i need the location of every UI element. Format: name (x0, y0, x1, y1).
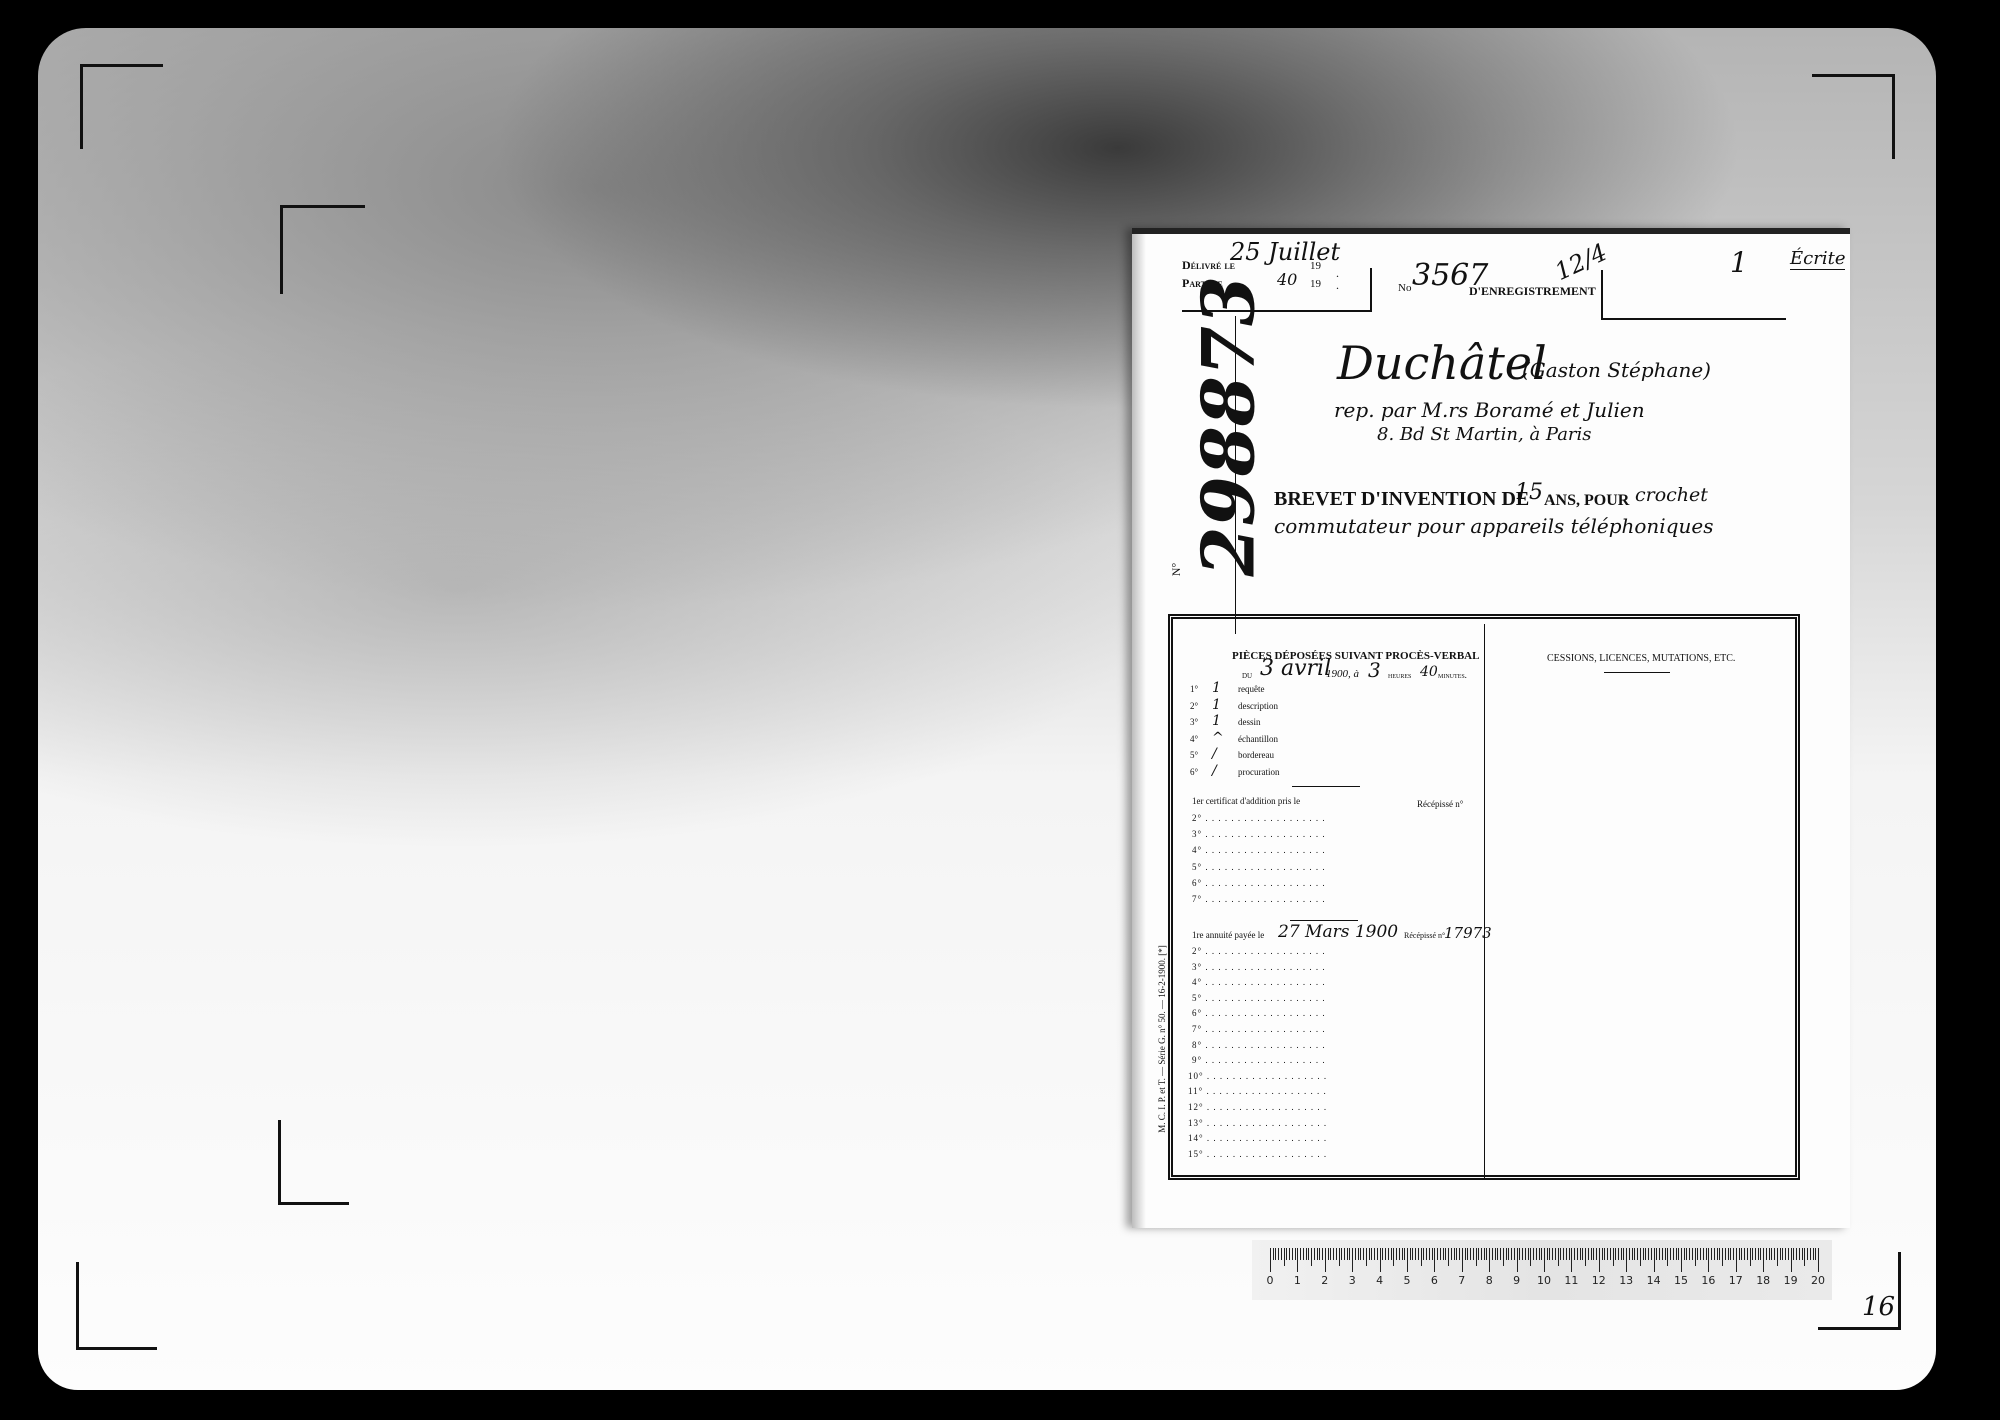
ruler-tick (1719, 1248, 1720, 1260)
ruler-tick (1339, 1248, 1340, 1266)
ruler-tick (1336, 1248, 1337, 1260)
ruler-tick (1692, 1248, 1693, 1260)
ruler-tick (1275, 1248, 1276, 1260)
ruler-tick (1807, 1248, 1808, 1260)
ruler-tick (1577, 1248, 1578, 1260)
ruler-tick (1308, 1248, 1309, 1260)
ruler-tick (1774, 1248, 1775, 1260)
ruler-tick (1418, 1248, 1419, 1260)
ruler-tick (1528, 1248, 1529, 1260)
pieces-item-number: 1° (1190, 684, 1198, 694)
ruler-tick (1358, 1248, 1359, 1260)
ruler-tick (1281, 1248, 1282, 1260)
ruler-tick (1325, 1248, 1326, 1272)
ruler-tick (1514, 1248, 1515, 1260)
ruler-tick (1640, 1248, 1641, 1266)
ruler-tick (1522, 1248, 1523, 1260)
brevet-number: 298873 (1186, 337, 1271, 577)
ruler-label: 3 (1344, 1274, 1360, 1287)
ruler-tick (1319, 1248, 1320, 1260)
ruler-tick (1563, 1248, 1564, 1260)
ruler-tick (1369, 1248, 1370, 1260)
ruler-tick (1360, 1248, 1361, 1260)
ruler-tick (1533, 1248, 1534, 1260)
ruler-tick (1758, 1248, 1759, 1260)
ruler-tick (1667, 1248, 1668, 1266)
ruler-tick (1270, 1248, 1271, 1272)
ruler-tick (1645, 1248, 1646, 1260)
ruler-tick (1432, 1248, 1433, 1260)
certificat-row: 6° . . . . . . . . . . . . . . . . . . . (1192, 878, 1326, 888)
ruler-tick (1665, 1248, 1666, 1260)
pieces-item-label: échantillon (1238, 734, 1278, 744)
ruler-tick (1580, 1248, 1581, 1260)
ruler-tick (1785, 1248, 1786, 1260)
ruler-tick (1437, 1248, 1438, 1260)
ruler-tick (1555, 1248, 1556, 1260)
annuite-row: 15° . . . . . . . . . . . . . . . . . . … (1188, 1149, 1327, 1159)
ruler-label: 14 (1646, 1274, 1662, 1287)
ruler-tick (1399, 1248, 1400, 1260)
ruler-tick (1643, 1248, 1644, 1260)
annuite-row: 4° . . . . . . . . . . . . . . . . . . . (1192, 977, 1326, 987)
ruler-tick (1648, 1248, 1649, 1260)
ruler-tick (1317, 1248, 1318, 1260)
annuite-row: 6° . . . . . . . . . . . . . . . . . . . (1192, 1008, 1326, 1018)
ruler-tick (1747, 1248, 1748, 1260)
ruler-tick (1478, 1248, 1479, 1260)
ruler-tick (1344, 1248, 1345, 1260)
ruler-tick (1760, 1248, 1761, 1260)
ruler-tick (1451, 1248, 1452, 1260)
ruler-tick (1404, 1248, 1405, 1260)
ruler-tick (1456, 1248, 1457, 1260)
annuite-row: 10° . . . . . . . . . . . . . . . . . . … (1188, 1071, 1327, 1081)
ruler-tick (1517, 1248, 1518, 1272)
ruler-tick (1445, 1248, 1446, 1260)
ruler-tick (1571, 1248, 1572, 1272)
frame-page-number: 16 (1862, 1292, 1895, 1322)
ruler-tick (1741, 1248, 1742, 1260)
title-prefix: BREVET D'INVENTION DE (1274, 488, 1529, 511)
ruler-tick (1489, 1248, 1490, 1272)
ruler-tick (1670, 1248, 1671, 1260)
ruler-tick (1618, 1248, 1619, 1260)
ruler-tick (1755, 1248, 1756, 1260)
ruler-tick (1681, 1248, 1682, 1272)
ruler-tick (1495, 1248, 1496, 1260)
ruler-tick (1467, 1248, 1468, 1260)
ruler-label: 20 (1810, 1274, 1826, 1287)
ruler-tick (1347, 1248, 1348, 1260)
ruler-tick (1454, 1248, 1455, 1260)
ruler-tick (1303, 1248, 1304, 1260)
patent-record-card: Délivré le 25 Juillet 19 Parti le 40 19 … (1132, 228, 1850, 1228)
pieces-du-label: du (1242, 670, 1252, 681)
applicant-address: 8. Bd St Martin, à Paris (1377, 424, 1592, 445)
ruler-tick (1363, 1248, 1364, 1260)
ruler-tick (1391, 1248, 1392, 1260)
ruler-tick (1654, 1248, 1655, 1272)
title-object-line2: commutateur pour appareils téléphoniques (1274, 514, 1713, 538)
ruler-tick (1818, 1248, 1819, 1272)
ruler-tick (1604, 1248, 1605, 1260)
ruler-tick (1722, 1248, 1723, 1266)
ruler-tick (1780, 1248, 1781, 1260)
crop-mark-top-left-outer (80, 64, 163, 149)
crop-mark-bottom-left-outer (76, 1262, 157, 1350)
ruler-tick (1552, 1248, 1553, 1260)
title-object-line1: crochet (1635, 484, 1708, 506)
ruler-tick (1610, 1248, 1611, 1260)
ruler-tick (1813, 1248, 1814, 1260)
ruler-tick (1536, 1248, 1537, 1260)
ruler-tick (1547, 1248, 1548, 1260)
ruler-tick (1771, 1248, 1772, 1260)
ruler-tick (1788, 1248, 1789, 1260)
ruler-tick (1295, 1248, 1296, 1260)
pieces-item-label: bordereau (1238, 750, 1274, 760)
ruler-tick (1730, 1248, 1731, 1260)
ruler-tick (1659, 1248, 1660, 1260)
pieces-item-count: 1 (1212, 713, 1221, 729)
ruler-tick (1541, 1248, 1542, 1260)
enregistrement-prefix: No (1398, 282, 1411, 294)
ruler-tick (1476, 1248, 1477, 1266)
ruler-label: 0 (1262, 1274, 1278, 1287)
pieces-item-number: 3° (1190, 717, 1198, 727)
pieces-item-number: 5° (1190, 750, 1198, 760)
ruler-tick (1497, 1248, 1498, 1260)
ruler-tick (1626, 1248, 1627, 1272)
ruler-tick (1412, 1248, 1413, 1260)
annuite-row: 2° . . . . . . . . . . . . . . . . . . . (1192, 946, 1326, 956)
ruler-tick (1689, 1248, 1690, 1260)
ruler-tick (1349, 1248, 1350, 1260)
annuite-row: 14° . . . . . . . . . . . . . . . . . . … (1188, 1133, 1327, 1143)
annuite-row: 8° . . . . . . . . . . . . . . . . . . . (1192, 1040, 1326, 1050)
ruler-tick (1566, 1248, 1567, 1260)
applicant-representative: rep. par M.rs Boramé et Julien (1334, 398, 1645, 422)
annuite-row: 9° . . . . . . . . . . . . . . . . . . . (1192, 1055, 1326, 1065)
ruler-label: 19 (1783, 1274, 1799, 1287)
annuite-row: 7° . . . . . . . . . . . . . . . . . . . (1192, 1024, 1326, 1034)
ruler-label: 18 (1755, 1274, 1771, 1287)
annuite-row: 3° . . . . . . . . . . . . . . . . . . . (1192, 962, 1326, 972)
pieces-item-number: 2° (1190, 701, 1198, 711)
ruler-tick (1311, 1248, 1312, 1266)
enregistrement-label: D'ENREGISTREMENT (1469, 284, 1596, 299)
annuite-row: 13° . . . . . . . . . . . . . . . . . . … (1188, 1118, 1327, 1128)
annuite-row: 11° . . . . . . . . . . . . . . . . . . … (1188, 1086, 1327, 1096)
ruler-tick (1388, 1248, 1389, 1260)
title-ans-label: ANS, POUR (1544, 492, 1629, 510)
ruler-label: 9 (1509, 1274, 1525, 1287)
ruler-tick (1593, 1248, 1594, 1260)
pieces-item-count: / (1212, 746, 1217, 762)
applicant-given-names: (Gaston Stéphane) (1522, 358, 1711, 382)
ruler-tick (1695, 1248, 1696, 1266)
ruler-tick (1503, 1248, 1504, 1266)
ruler-tick (1791, 1248, 1792, 1272)
pieces-item-count: ^ (1212, 730, 1224, 746)
ruler-tick (1711, 1248, 1712, 1260)
ruler-tick (1769, 1248, 1770, 1260)
ruler-tick (1684, 1248, 1685, 1260)
ruler-tick (1766, 1248, 1767, 1260)
parti-value: 40 (1277, 270, 1297, 289)
ruler-tick (1366, 1248, 1367, 1266)
ruler-tick (1443, 1248, 1444, 1260)
ruler-tick (1744, 1248, 1745, 1260)
ruler-tick (1434, 1248, 1435, 1272)
ruler-label: 8 (1481, 1274, 1497, 1287)
pieces-item-label: requête (1238, 684, 1264, 694)
ruler-tick (1714, 1248, 1715, 1260)
applicant-name: Duchâtel (1337, 336, 1547, 390)
ruler-tick (1607, 1248, 1608, 1260)
ruler-tick (1486, 1248, 1487, 1260)
ruler-tick (1569, 1248, 1570, 1260)
corner-number: 1 (1730, 246, 1748, 279)
ruler-label: 1 (1289, 1274, 1305, 1287)
ruler-tick (1725, 1248, 1726, 1260)
ruler-tick (1473, 1248, 1474, 1260)
ruler-tick (1623, 1248, 1624, 1260)
pieces-date: 3 avril (1260, 656, 1331, 681)
brevet-number-prefix: N° (1169, 563, 1184, 576)
ruler-label: 6 (1426, 1274, 1442, 1287)
ruler-tick (1802, 1248, 1803, 1260)
certificat-row: 2° . . . . . . . . . . . . . . . . . . . (1192, 813, 1326, 823)
ruler-tick (1314, 1248, 1315, 1260)
delivre-label: Délivré le (1182, 258, 1235, 273)
ruler-tick (1426, 1248, 1427, 1260)
pieces-item-number: 4° (1190, 734, 1198, 744)
ruler-tick (1574, 1248, 1575, 1260)
ruler-tick (1355, 1248, 1356, 1260)
ruler-tick (1662, 1248, 1663, 1260)
ruler-tick (1815, 1248, 1816, 1260)
ruler-tick (1686, 1248, 1687, 1260)
ruler-tick (1599, 1248, 1600, 1272)
ruler-tick (1676, 1248, 1677, 1260)
ruler-label: 15 (1673, 1274, 1689, 1287)
ruler-tick (1796, 1248, 1797, 1260)
ruler-tick (1799, 1248, 1800, 1260)
ruler-tick (1804, 1248, 1805, 1266)
ruler-tick (1585, 1248, 1586, 1266)
pieces-item-label: description (1238, 701, 1278, 711)
ruler-label: 11 (1563, 1274, 1579, 1287)
ruler-tick (1708, 1248, 1709, 1272)
ruler-tick (1374, 1248, 1375, 1260)
ruler-tick (1752, 1248, 1753, 1260)
pieces-heures-label: heures (1388, 671, 1411, 680)
ruler-tick (1810, 1248, 1811, 1260)
ruler-tick (1297, 1248, 1298, 1272)
title-years: 15 (1515, 480, 1543, 505)
ruler-tick (1300, 1248, 1301, 1260)
ruler-tick (1511, 1248, 1512, 1260)
ruler-label: 2 (1317, 1274, 1333, 1287)
ruler-tick (1407, 1248, 1408, 1272)
ruler-tick (1380, 1248, 1381, 1272)
ruler-tick (1462, 1248, 1463, 1272)
ruler-label: 12 (1591, 1274, 1607, 1287)
pieces-item-count: / (1212, 763, 1217, 779)
ruler-tick (1306, 1248, 1307, 1260)
pieces-minutes-label: minutes. (1438, 670, 1467, 680)
ruler-tick (1777, 1248, 1778, 1266)
ruler-tick (1328, 1248, 1329, 1260)
ruler-tick (1697, 1248, 1698, 1260)
ruler-tick (1286, 1248, 1287, 1260)
ruler-tick (1393, 1248, 1394, 1266)
ruler-tick (1637, 1248, 1638, 1260)
ruler-tick (1410, 1248, 1411, 1260)
ruler-tick (1284, 1248, 1285, 1266)
ruler-tick (1634, 1248, 1635, 1260)
ruler-tick (1588, 1248, 1589, 1260)
ruler-tick (1591, 1248, 1592, 1260)
ruler-tick (1492, 1248, 1493, 1260)
ruler-tick (1673, 1248, 1674, 1260)
cessions-heading: CESSIONS, LICENCES, MUTATIONS, ETC. (1547, 653, 1735, 664)
ruler-tick (1322, 1248, 1323, 1260)
ruler-tick (1763, 1248, 1764, 1272)
pieces-hour: 3 (1368, 658, 1381, 682)
certificats-first-label: 1er certificat d'addition pris le (1192, 796, 1300, 806)
certificat-row: 5° . . . . . . . . . . . . . . . . . . . (1192, 862, 1326, 872)
corner-note: Écrite (1790, 248, 1845, 270)
ruler-tick (1560, 1248, 1561, 1260)
scale-ruler: 01234567891011121314151617181920 (1252, 1240, 1832, 1300)
ruler-tick (1656, 1248, 1657, 1260)
ruler-tick (1706, 1248, 1707, 1260)
certificat-row: 7° . . . . . . . . . . . . . . . . . . . (1192, 894, 1326, 904)
table-divider (1484, 624, 1485, 1180)
ruler-tick (1750, 1248, 1751, 1266)
ruler-tick (1629, 1248, 1630, 1260)
ruler-tick (1651, 1248, 1652, 1260)
ruler-tick (1385, 1248, 1386, 1260)
ruler-tick (1440, 1248, 1441, 1260)
annuite-row: 5° . . . . . . . . . . . . . . . . . . . (1192, 993, 1326, 1003)
ruler-tick (1382, 1248, 1383, 1260)
ruler-label: 4 (1372, 1274, 1388, 1287)
annuite-row: 12° . . . . . . . . . . . . . . . . . . … (1188, 1102, 1327, 1112)
ruler-tick (1423, 1248, 1424, 1260)
ruler-tick (1429, 1248, 1430, 1260)
ruler-tick (1352, 1248, 1353, 1272)
ruler-tick (1500, 1248, 1501, 1260)
annuites-first-label: 1re annuité payée le (1192, 930, 1264, 940)
ruler-label: 16 (1700, 1274, 1716, 1287)
ruler-tick (1415, 1248, 1416, 1260)
ruler-tick (1377, 1248, 1378, 1260)
ruler-tick (1602, 1248, 1603, 1260)
ruler-tick (1733, 1248, 1734, 1260)
ruler-tick (1700, 1248, 1701, 1260)
ruler-tick (1459, 1248, 1460, 1260)
crop-mark-top-right (1812, 74, 1895, 159)
parti-year-suffix: 19 (1310, 278, 1321, 290)
delivre-year-suffix: 19 (1310, 260, 1321, 272)
ruler-tick (1330, 1248, 1331, 1260)
ruler-tick (1539, 1248, 1540, 1260)
ruler-tick (1621, 1248, 1622, 1260)
crop-mark-bottom-left-inner (278, 1120, 349, 1205)
ruler-tick (1448, 1248, 1449, 1266)
ruler-tick (1739, 1248, 1740, 1260)
ruler-tick (1615, 1248, 1616, 1260)
certificat-row: 4° . . . . . . . . . . . . . . . . . . . (1192, 845, 1326, 855)
certificats-recepisse-label: Récépissé n° (1417, 799, 1463, 809)
ruler-tick (1341, 1248, 1342, 1260)
ruler-tick (1278, 1248, 1279, 1260)
ruler-tick (1544, 1248, 1545, 1272)
ruler-label: 13 (1618, 1274, 1634, 1287)
ruler-tick (1402, 1248, 1403, 1260)
ruler-tick (1465, 1248, 1466, 1260)
delivre-value: 25 Juillet (1230, 238, 1340, 266)
ruler-tick (1558, 1248, 1559, 1266)
ruler-tick (1508, 1248, 1509, 1260)
annuites-recepisse-label: Récépissé n° (1404, 931, 1445, 940)
header-box-right (1370, 268, 1372, 312)
pieces-item-label: dessin (1238, 717, 1261, 727)
ruler-tick (1782, 1248, 1783, 1260)
ruler-tick (1793, 1248, 1794, 1260)
ruler-tick (1596, 1248, 1597, 1260)
ruler-tick (1484, 1248, 1485, 1260)
pieces-minutes: 40 (1420, 664, 1438, 680)
ruler-tick (1525, 1248, 1526, 1260)
ruler-tick (1703, 1248, 1704, 1260)
ruler-tick (1333, 1248, 1334, 1260)
ruler-tick (1678, 1248, 1679, 1260)
ruler-tick (1728, 1248, 1729, 1260)
ruler-tick (1371, 1248, 1372, 1260)
ruler-tick (1632, 1248, 1633, 1260)
pieces-year: 1900, à (1326, 668, 1359, 680)
ruler-tick (1481, 1248, 1482, 1260)
ruler-tick (1470, 1248, 1471, 1260)
ruler-tick (1736, 1248, 1737, 1272)
pieces-item-count: 1 (1212, 697, 1221, 713)
pieces-item-label: procuration (1238, 767, 1279, 777)
ruler-tick (1519, 1248, 1520, 1260)
ruler-tick (1273, 1248, 1274, 1260)
ruler-tick (1292, 1248, 1293, 1260)
side-imprint: M. C. I. P. et T. — Série G. n° 50. — 16… (1157, 909, 1167, 1169)
certificat-row: 3° . . . . . . . . . . . . . . . . . . . (1192, 829, 1326, 839)
ruler-tick (1396, 1248, 1397, 1260)
ruler-tick (1613, 1248, 1614, 1266)
ruler-label: 17 (1728, 1274, 1744, 1287)
pieces-item-count: 1 (1212, 680, 1221, 696)
ruler-label: 5 (1399, 1274, 1415, 1287)
ruler-tick (1506, 1248, 1507, 1260)
ruler-label: 10 (1536, 1274, 1552, 1287)
ruler-label: 7 (1454, 1274, 1470, 1287)
pieces-item-number: 6° (1190, 767, 1198, 777)
ruler-tick (1421, 1248, 1422, 1266)
annuites-recepisse-value: 17973 (1444, 924, 1492, 942)
ruler-tick (1549, 1248, 1550, 1260)
ruler-tick (1289, 1248, 1290, 1260)
